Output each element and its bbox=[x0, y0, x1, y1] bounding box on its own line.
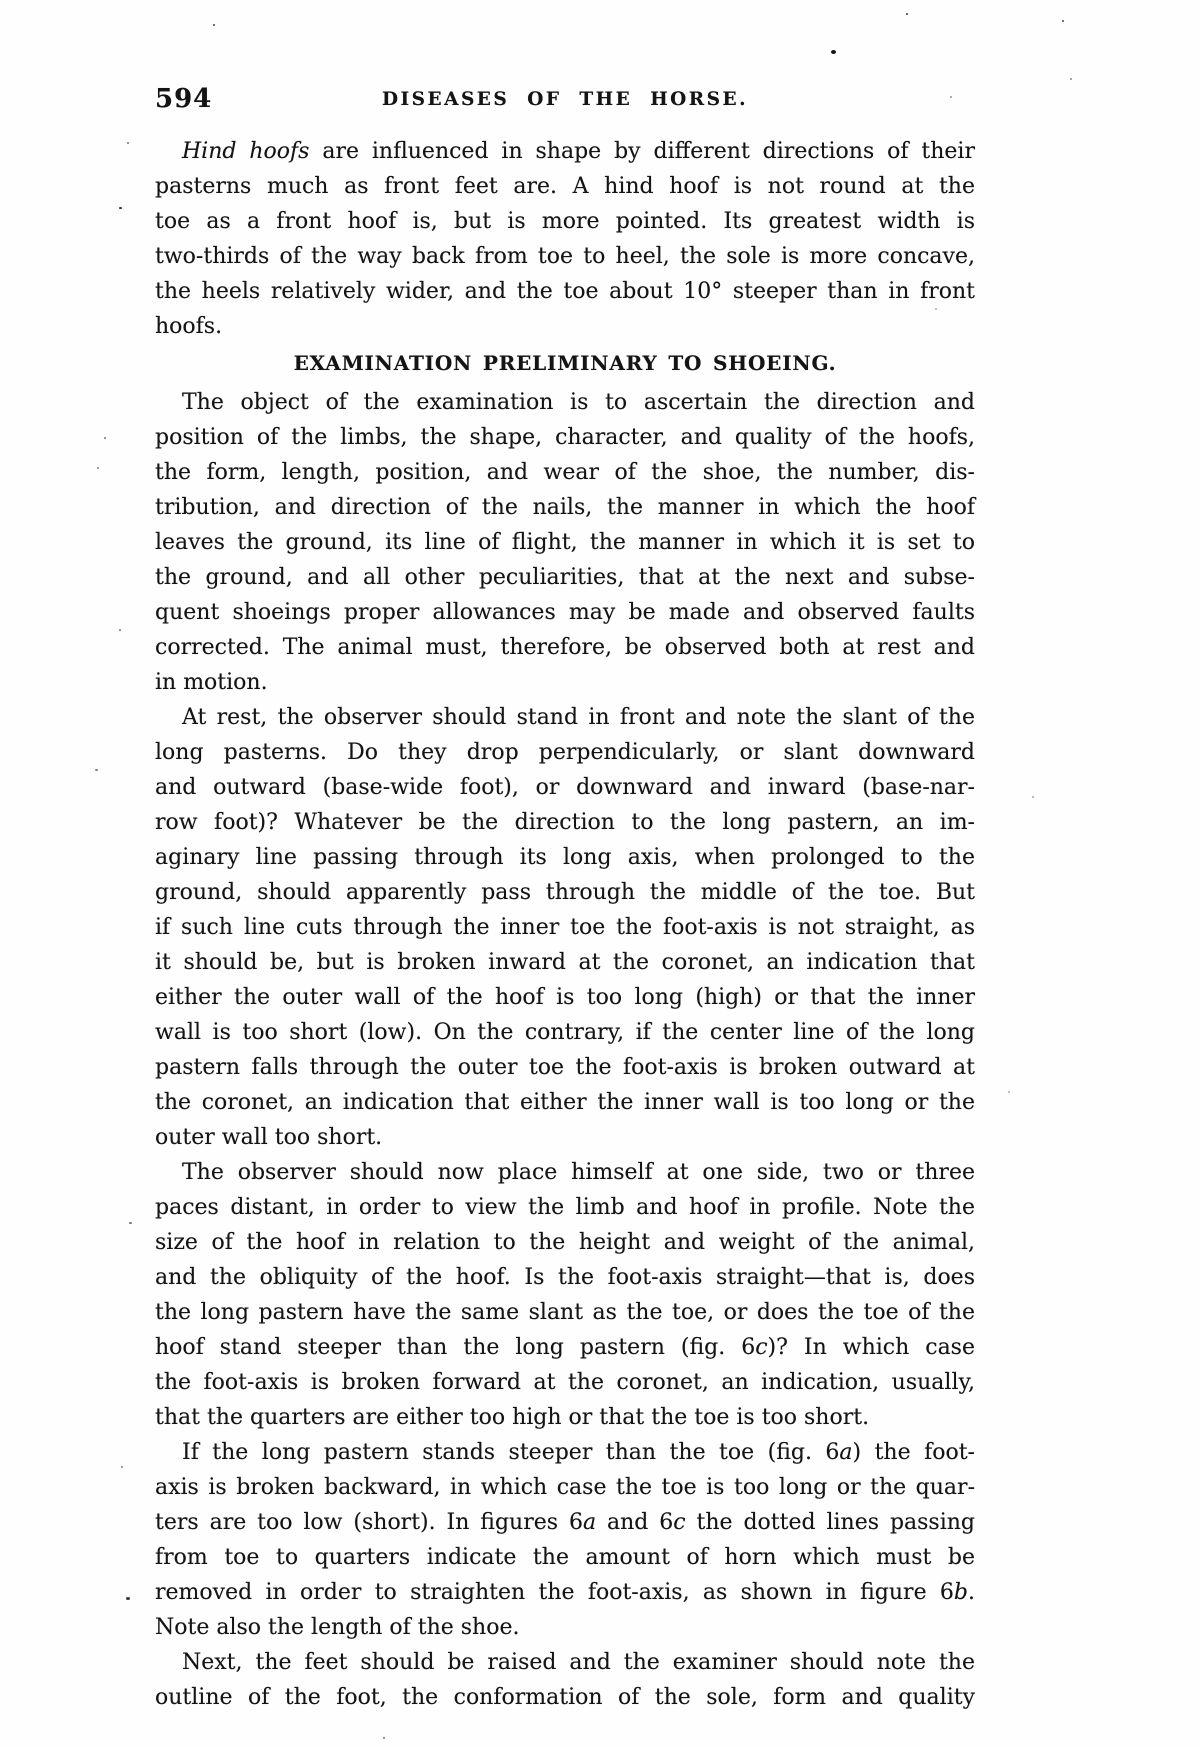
text-line: hoof stand steeper than the long pastern… bbox=[155, 1330, 975, 1365]
para-observer-profile: The observer should now place himself at… bbox=[155, 1155, 975, 1435]
page-body: Hind hoofs are influenced in shape by di… bbox=[155, 134, 975, 1715]
scan-speck bbox=[213, 24, 215, 26]
scan-speck bbox=[1008, 1091, 1010, 1093]
text-line: the heels relatively wider, and the toe … bbox=[155, 274, 975, 309]
text-line: toe as a front hoof is, but is more poin… bbox=[155, 204, 975, 239]
text-line: from toe to quarters indicate the amount… bbox=[155, 1540, 975, 1575]
text-line: removed in order to straighten the foot-… bbox=[155, 1575, 975, 1610]
text-line: the form, length, position, and wear of … bbox=[155, 455, 975, 490]
section-heading: EXAMINATION PRELIMINARY TO SHOEING. bbox=[155, 346, 975, 381]
scan-speck bbox=[126, 1597, 130, 1600]
text: and 6 bbox=[596, 1510, 673, 1535]
italic-text: Hind hoofs bbox=[182, 139, 309, 164]
text-line: in motion. bbox=[155, 665, 975, 700]
text-line: position of the limbs, the shape, charac… bbox=[155, 420, 975, 455]
text-line: pastern falls through the outer toe the … bbox=[155, 1050, 975, 1085]
text-line: row foot)? Whatever be the direction to … bbox=[155, 805, 975, 840]
text-line: Hind hoofs are influenced in shape by di… bbox=[155, 134, 975, 169]
para-hind-hoofs: Hind hoofs are influenced in shape by di… bbox=[155, 134, 975, 344]
scan-speck bbox=[97, 467, 99, 469]
text-line: At rest, the observer should stand in fr… bbox=[155, 700, 975, 735]
scan-speck bbox=[95, 769, 98, 771]
italic-text: a bbox=[839, 1440, 852, 1465]
text: removed in order to straighten the foot-… bbox=[155, 1580, 954, 1605]
text-line: outline of the foot, the conformation of… bbox=[155, 1680, 975, 1715]
para-feet-raised: Next, the feet should be raised and the … bbox=[155, 1645, 975, 1715]
text-line: corrected. The animal must, therefore, b… bbox=[155, 630, 975, 665]
scan-speck bbox=[121, 1466, 123, 1468]
para-object-of-examination: The object of the examination is to asce… bbox=[155, 385, 975, 700]
text-line: the coronet, an indication that either t… bbox=[155, 1085, 975, 1120]
para-at-rest: At rest, the observer should stand in fr… bbox=[155, 700, 975, 1155]
scanned-book-page: 594 DISEASES OF THE HORSE. Hind hoofs ar… bbox=[0, 0, 1200, 1748]
italic-text: c bbox=[755, 1335, 767, 1360]
scan-speck bbox=[1062, 20, 1064, 22]
text: the dotted lines passing bbox=[686, 1510, 975, 1535]
text-line: ground, should apparently pass through t… bbox=[155, 875, 975, 910]
text-line: hoofs. bbox=[155, 309, 975, 344]
text-line: wall is too short (low). On the contrary… bbox=[155, 1015, 975, 1050]
scan-speck bbox=[1032, 796, 1034, 798]
text: . bbox=[968, 1580, 975, 1605]
text-line: the ground, and all other peculiarities,… bbox=[155, 560, 975, 595]
text-line: tribution, and direction of the nails, t… bbox=[155, 490, 975, 525]
scan-speck bbox=[1070, 78, 1072, 80]
text-line: axis is broken backward, in which case t… bbox=[155, 1470, 975, 1505]
text-line: that the quarters are either too high or… bbox=[155, 1400, 975, 1435]
text-line: it should be, but is broken inward at th… bbox=[155, 945, 975, 980]
scan-speck bbox=[383, 1737, 385, 1739]
text-line: quent shoeings proper allowances may be … bbox=[155, 595, 975, 630]
text-line: Note also the length of the shoe. bbox=[155, 1610, 975, 1645]
text-line: pasterns much as front feet are. A hind … bbox=[155, 169, 975, 204]
scan-speck bbox=[104, 437, 106, 439]
text-line: outer wall too short. bbox=[155, 1120, 975, 1155]
text-line: If the long pastern stands steeper than … bbox=[155, 1435, 975, 1470]
text-line: and the obliquity of the hoof. Is the fo… bbox=[155, 1260, 975, 1295]
scan-speck bbox=[129, 1222, 132, 1224]
page-header: 594 DISEASES OF THE HORSE. bbox=[155, 84, 975, 114]
running-title: DISEASES OF THE HORSE. bbox=[155, 89, 975, 110]
text-line: the foot-axis is broken forward at the c… bbox=[155, 1365, 975, 1400]
text-line: the long pastern have the same slant as … bbox=[155, 1295, 975, 1330]
scan-speck bbox=[906, 13, 908, 15]
text-line: Next, the feet should be raised and the … bbox=[155, 1645, 975, 1680]
text: ) the foot- bbox=[853, 1440, 975, 1465]
text: ters are too low (short). In figures 6 bbox=[155, 1510, 583, 1535]
text-line: The object of the examination is to asce… bbox=[155, 385, 975, 420]
text-line: and outward (base-wide foot), or downwar… bbox=[155, 770, 975, 805]
text-line: if such line cuts through the inner toe … bbox=[155, 910, 975, 945]
italic-text: a bbox=[583, 1510, 596, 1535]
text-line: The observer should now place himself at… bbox=[155, 1155, 975, 1190]
scan-speck bbox=[831, 50, 836, 54]
scan-speck bbox=[119, 207, 122, 209]
text-line: leaves the ground, its line of flight, t… bbox=[155, 525, 975, 560]
text-line: size of the hoof in relation to the heig… bbox=[155, 1225, 975, 1260]
para-pastern-steeper: If the long pastern stands steeper than … bbox=[155, 1435, 975, 1645]
text: If the long pastern stands steeper than … bbox=[182, 1440, 839, 1465]
text-line: aginary line passing through its long ax… bbox=[155, 840, 975, 875]
text-line: long pasterns. Do they drop perpendicula… bbox=[155, 735, 975, 770]
text: )? In which case bbox=[768, 1335, 975, 1360]
text-line: either the outer wall of the hoof is too… bbox=[155, 980, 975, 1015]
text-line: paces distant, in order to view the limb… bbox=[155, 1190, 975, 1225]
italic-text: c bbox=[673, 1510, 685, 1535]
text-line: ters are too low (short). In figures 6a … bbox=[155, 1505, 975, 1540]
text: hoof stand steeper than the long pastern… bbox=[155, 1335, 755, 1360]
text: are influenced in shape by different dir… bbox=[309, 139, 975, 164]
italic-text: b bbox=[954, 1580, 968, 1605]
text-line: two-thirds of the way back from toe to h… bbox=[155, 239, 975, 274]
scan-speck bbox=[119, 629, 121, 631]
scan-speck bbox=[127, 142, 129, 144]
